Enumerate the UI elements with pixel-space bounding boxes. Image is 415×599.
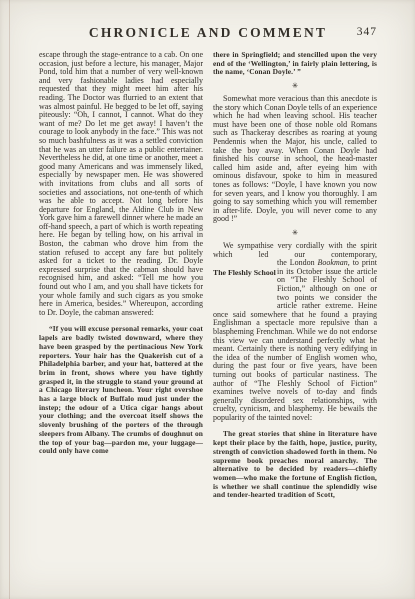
text-columns: escape through the stage-entrance to a c… xyxy=(39,51,377,500)
paragraph-doyle-anecdote: escape through the stage-entrance to a c… xyxy=(39,51,203,317)
extract-great-stories: The great stories that shine in literatu… xyxy=(213,430,377,500)
left-column: escape through the stage-entrance to a c… xyxy=(39,51,203,500)
page-crease-line xyxy=(9,0,10,599)
section-divider-ornament-icon: ✳ xyxy=(213,82,377,90)
right-column: there in Springfield; and stencilled upo… xyxy=(213,51,377,500)
paragraph-sympathise-opening: We sympathise very cordially with the sp… xyxy=(213,242,377,259)
sidehead-the-fleshly-school: The Fleshly School xyxy=(213,259,277,302)
extract-cabman-quote: “If you will excuse personal remarks, yo… xyxy=(39,325,203,456)
page-title: CHRONICLE AND COMMENT xyxy=(89,25,327,40)
extract-quote-continuation: there in Springfield; and stencilled upo… xyxy=(213,51,377,77)
paragraph-school-story: Somewhat more veracious than this anecdo… xyxy=(213,95,377,224)
scanned-book-page: CHRONICLE AND COMMENT 347 escape through… xyxy=(0,0,415,599)
page-number: 347 xyxy=(357,26,377,38)
paragraph-sympathise-body: The Fleshly Schoolthe London Bookman, to… xyxy=(213,259,377,422)
section-divider-ornament-icon: ✳ xyxy=(213,229,377,237)
running-header: CHRONICLE AND COMMENT 347 xyxy=(39,25,377,41)
